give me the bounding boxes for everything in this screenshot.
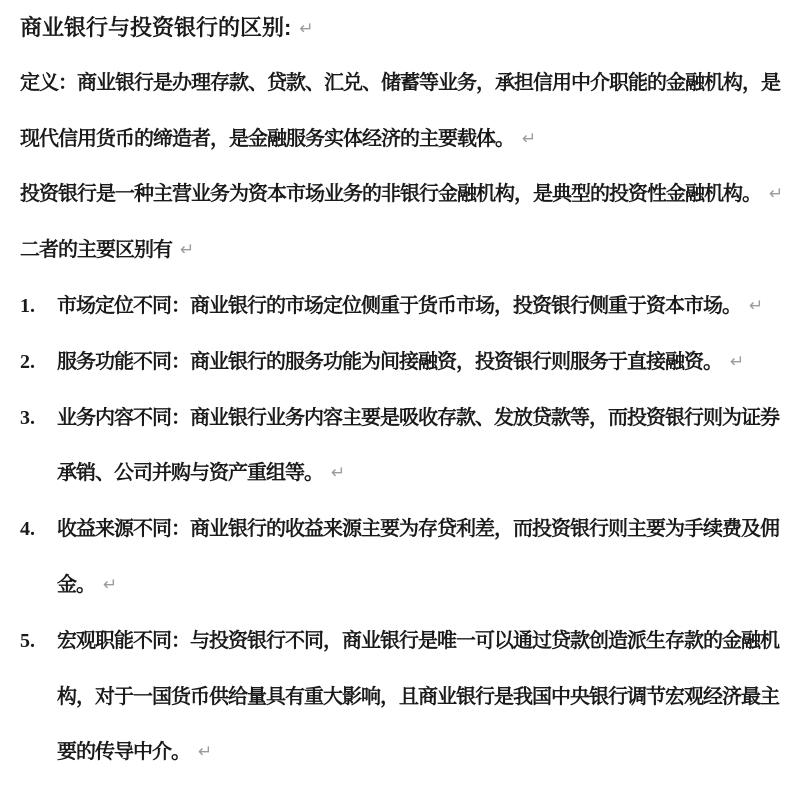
document-line: 投资银行是一种主营业务为资本市场业务的非银行金融机构，是典型的投资性金融机构。↵ <box>20 167 802 223</box>
paragraph-mark-icon: ↵ <box>749 296 763 316</box>
document-title-line: 商业银行与投资银行的区别:↵ <box>20 0 802 56</box>
list-item-text: 服务功能不同：商业银行的服务功能为间接融资，投资银行则服务于直接融资。 <box>57 351 722 373</box>
list-item-text: 市场定位不同：商业银行的市场定位侧重于货币市场，投资银行侧重于资本市场。 <box>57 295 741 317</box>
list-item-2: 2.服务功能不同：商业银行的服务功能为间接融资，投资银行则服务于直接融资。↵ <box>20 335 802 391</box>
paragraph-text: 现代信用货币的缔造者，是金融服务实体经济的主要载体。 <box>20 128 514 150</box>
document-line: 定义：商业银行是办理存款、贷款、汇兑、储蓄等业务，承担信用中介职能的金融机构，是 <box>20 56 802 112</box>
paragraph-mark-icon: ↵ <box>180 240 194 260</box>
list-item-text: 业务内容不同：商业银行业务内容主要是吸收存款、发放贷款等，而投资银行则为证券 <box>57 407 779 429</box>
list-item-text: 承销、公司并购与资产重组等。 <box>57 462 323 484</box>
paragraph-text: 投资银行是一种主营业务为资本市场业务的非银行金融机构，是典型的投资性金融机构。 <box>20 183 761 205</box>
list-item-4: 4.收益来源不同：商业银行的收益来源主要为存贷利差，而投资银行则主要为手续费及佣 <box>20 502 802 558</box>
list-item-3-continuation: 承销、公司并购与资产重组等。↵ <box>20 446 802 502</box>
list-item-text: 收益来源不同：商业银行的收益来源主要为存贷利差，而投资银行则主要为手续费及佣 <box>57 518 779 540</box>
list-item-1: 1.市场定位不同：商业银行的市场定位侧重于货币市场，投资银行侧重于资本市场。↵ <box>20 279 802 335</box>
list-item-3: 3.业务内容不同：商业银行业务内容主要是吸收存款、发放贷款等，而投资银行则为证券 <box>20 391 802 447</box>
list-number: 1. <box>20 279 57 335</box>
list-item-5-continuation: 构，对于一国货币供给量具有重大影响，且商业银行是我国中央银行调节宏观经济最主 <box>20 670 802 726</box>
list-item-5-continuation: 要的传导中介。↵ <box>20 725 802 781</box>
paragraph-mark-icon: ↵ <box>103 575 117 595</box>
paragraph-mark-icon: ↵ <box>331 463 345 483</box>
list-number: 2. <box>20 335 57 391</box>
document-line: 现代信用货币的缔造者，是金融服务实体经济的主要载体。↵ <box>20 112 802 168</box>
document-line: 二者的主要区别有↵ <box>20 223 802 279</box>
paragraph-mark-icon: ↵ <box>522 129 536 149</box>
paragraph-mark-icon: ↵ <box>299 19 313 39</box>
list-item-text: 金。 <box>57 574 95 596</box>
list-item-text: 宏观职能不同：与投资银行不同，商业银行是唯一可以通过贷款创造派生存款的金融机 <box>57 630 779 652</box>
list-item-5: 5.宏观职能不同：与投资银行不同，商业银行是唯一可以通过贷款创造派生存款的金融机 <box>20 614 802 670</box>
list-item-text: 要的传导中介。 <box>57 741 190 763</box>
document-page: 商业银行与投资银行的区别:↵ 定义：商业银行是办理存款、贷款、汇兑、储蓄等业务，… <box>0 0 802 800</box>
paragraph-mark-icon: ↵ <box>198 742 212 762</box>
list-item-4-continuation: 金。↵ <box>20 558 802 614</box>
paragraph-text: 二者的主要区别有 <box>20 239 172 261</box>
document-title: 商业银行与投资银行的区别: <box>20 15 291 40</box>
list-number: 5. <box>20 614 57 670</box>
list-number: 3. <box>20 391 57 447</box>
list-number: 4. <box>20 502 57 558</box>
paragraph-mark-icon: ↵ <box>769 184 783 204</box>
paragraph-text: 定义：商业银行是办理存款、贷款、汇兑、储蓄等业务，承担信用中介职能的金融机构，是 <box>20 72 780 94</box>
paragraph-mark-icon: ↵ <box>730 352 744 372</box>
list-item-text: 构，对于一国货币供给量具有重大影响，且商业银行是我国中央银行调节宏观经济最主 <box>57 686 779 708</box>
